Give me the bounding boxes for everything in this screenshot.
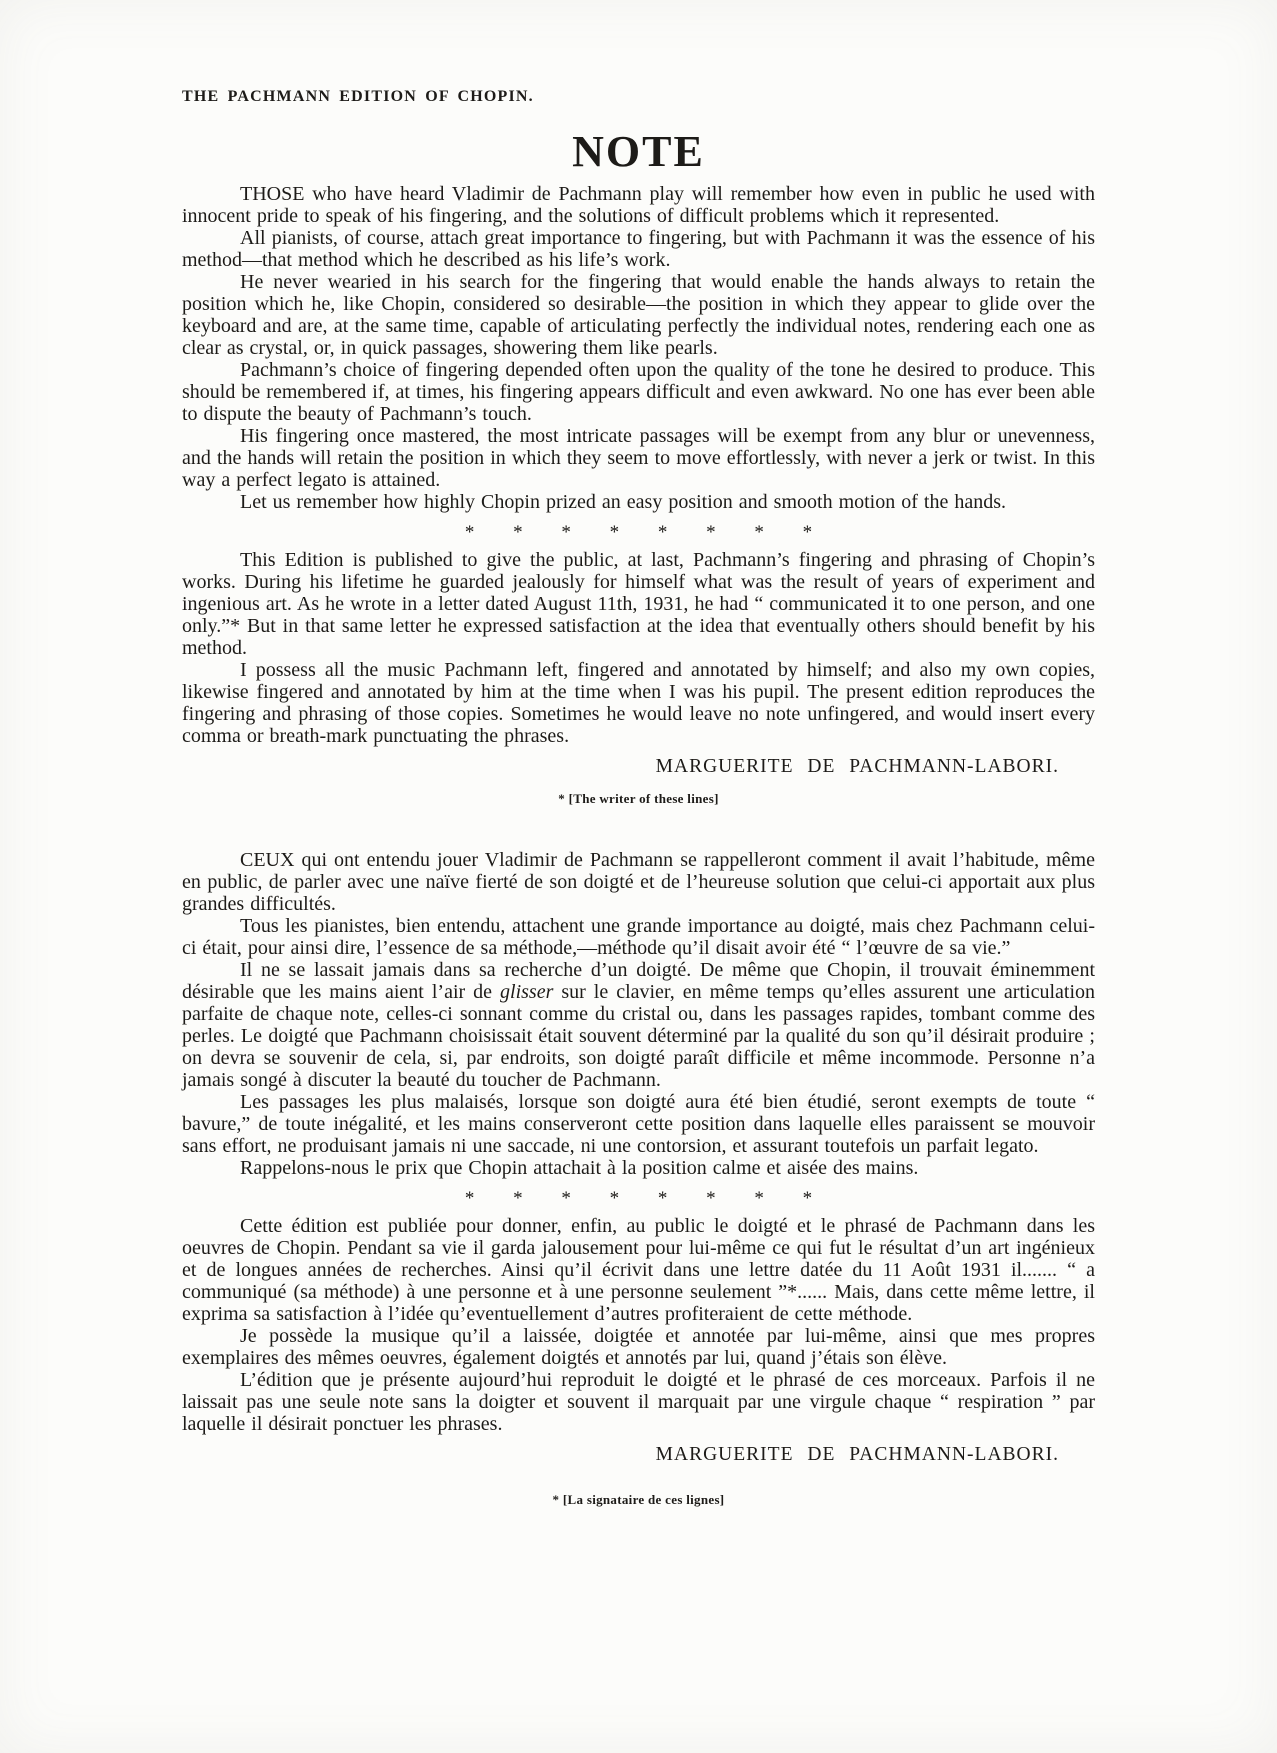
page-title: NOTE — [182, 126, 1095, 177]
paragraph: Let us remember how highly Chopin prized… — [182, 491, 1095, 513]
footnote: * [The writer of these lines] — [182, 791, 1095, 807]
asterisk-separator: * * * * * * * * — [182, 522, 1095, 544]
signature: MARGUERITE DE PACHMANN-LABORI. — [182, 1444, 1095, 1466]
page-content: THE PACHMANN EDITION OF CHOPIN. NOTE THO… — [0, 0, 1277, 1508]
book-page: THE PACHMANN EDITION OF CHOPIN. NOTE THO… — [0, 0, 1277, 1753]
paragraph: THOSE who have heard Vladimir de Pachman… — [182, 183, 1095, 227]
english-section: THOSE who have heard Vladimir de Pachman… — [182, 183, 1095, 807]
paragraph: Les passages les plus malaisés, lorsque … — [182, 1091, 1095, 1157]
french-section: CEUX qui ont entendu jouer Vladimir de P… — [182, 849, 1095, 1508]
paragraph: L’édition que je présente aujourd’hui re… — [182, 1369, 1095, 1435]
paragraph: CEUX qui ont entendu jouer Vladimir de P… — [182, 849, 1095, 915]
paragraph: This Edition is published to give the pu… — [182, 549, 1095, 659]
paragraph: I possess all the music Pachmann left, f… — [182, 659, 1095, 747]
running-header: THE PACHMANN EDITION OF CHOPIN. — [182, 88, 1095, 106]
paragraph: Je possède la musique qu’il a laissée, d… — [182, 1325, 1095, 1369]
asterisk-separator: * * * * * * * * — [182, 1188, 1095, 1210]
signature: MARGUERITE DE PACHMANN-LABORI. — [182, 756, 1095, 778]
footnote: * [La signataire de ces lignes] — [182, 1492, 1095, 1508]
paragraph: Rappelons-nous le prix que Chopin attach… — [182, 1157, 1095, 1179]
paragraph: Il ne se lassait jamais dans sa recherch… — [182, 959, 1095, 1091]
paragraph: Pachmann’s choice of fingering depended … — [182, 359, 1095, 425]
paragraph: Tous les pianistes, bien entendu, attach… — [182, 915, 1095, 959]
paragraph: He never wearied in his search for the f… — [182, 271, 1095, 359]
paragraph: All pianists, of course, attach great im… — [182, 227, 1095, 271]
italic-word: glisser — [500, 981, 553, 1003]
paragraph: His fingering once mastered, the most in… — [182, 425, 1095, 491]
paragraph: Cette édition est publiée pour donner, e… — [182, 1215, 1095, 1325]
